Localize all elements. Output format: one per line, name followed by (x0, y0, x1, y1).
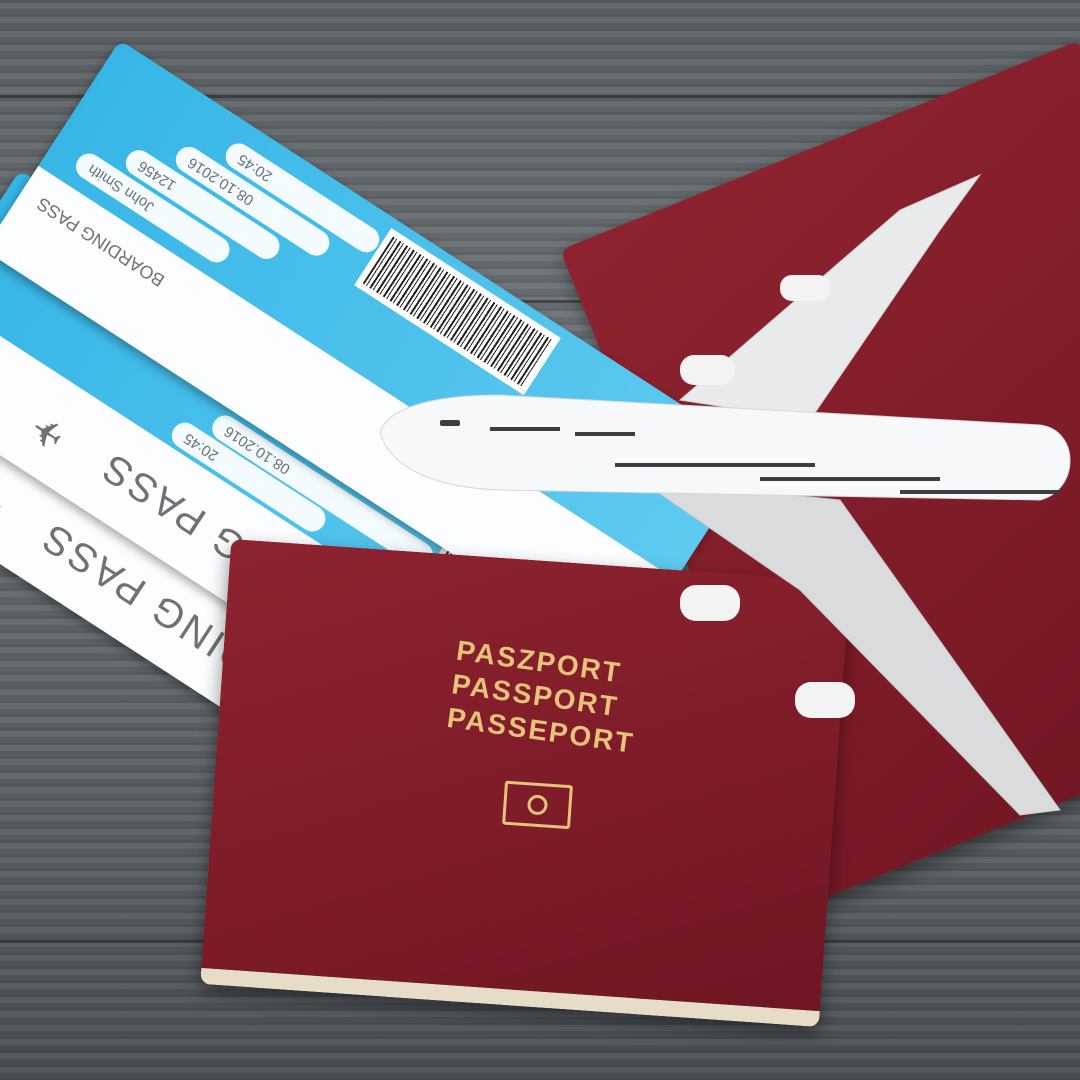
toy-airplane (380, 170, 1080, 820)
wooden-table-background: Emma S BOARDING PASS ✈ Bora Bora 4 08.10… (0, 0, 1080, 1080)
